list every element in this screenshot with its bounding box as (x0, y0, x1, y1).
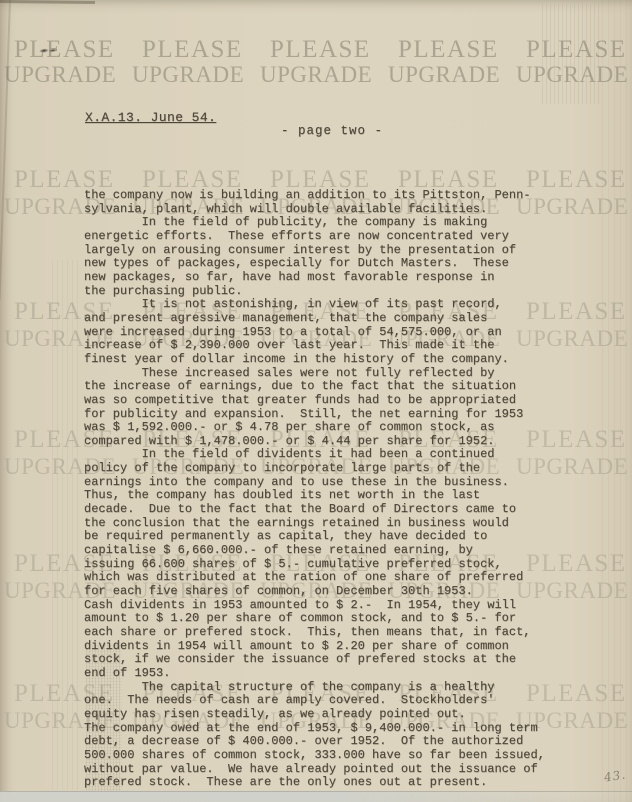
document-page: PLEASEPLEASEPLEASEPLEASEPLEASEUPGRADEUPG… (0, 0, 632, 802)
watermark-please-row: PLEASEPLEASEPLEASEPLEASEPLEASE (14, 36, 632, 64)
watermark-text: UPGRADE (388, 62, 516, 88)
watermark-text: PLEASE (526, 36, 632, 64)
watermark-upgrade-row: UPGRADEUPGRADEUPGRADEUPGRADEUPGRADE (4, 62, 632, 88)
watermark-text: PLEASE (398, 36, 526, 64)
page-heading: - page two - (281, 124, 383, 138)
document-reference: X.A.13. June 54. (85, 110, 216, 125)
watermark-text: PLEASE (142, 36, 270, 64)
watermark-text: PLEASE (14, 36, 142, 64)
watermark-text: UPGRADE (516, 62, 632, 88)
watermark-text: PLEASE (270, 36, 398, 64)
document-body-text: the company now is building an addition … (84, 189, 545, 790)
watermark-text: UPGRADE (4, 62, 132, 88)
watermark-text: UPGRADE (132, 62, 260, 88)
watermark-text: UPGRADE (260, 62, 388, 88)
scan-edge (0, 791, 632, 802)
